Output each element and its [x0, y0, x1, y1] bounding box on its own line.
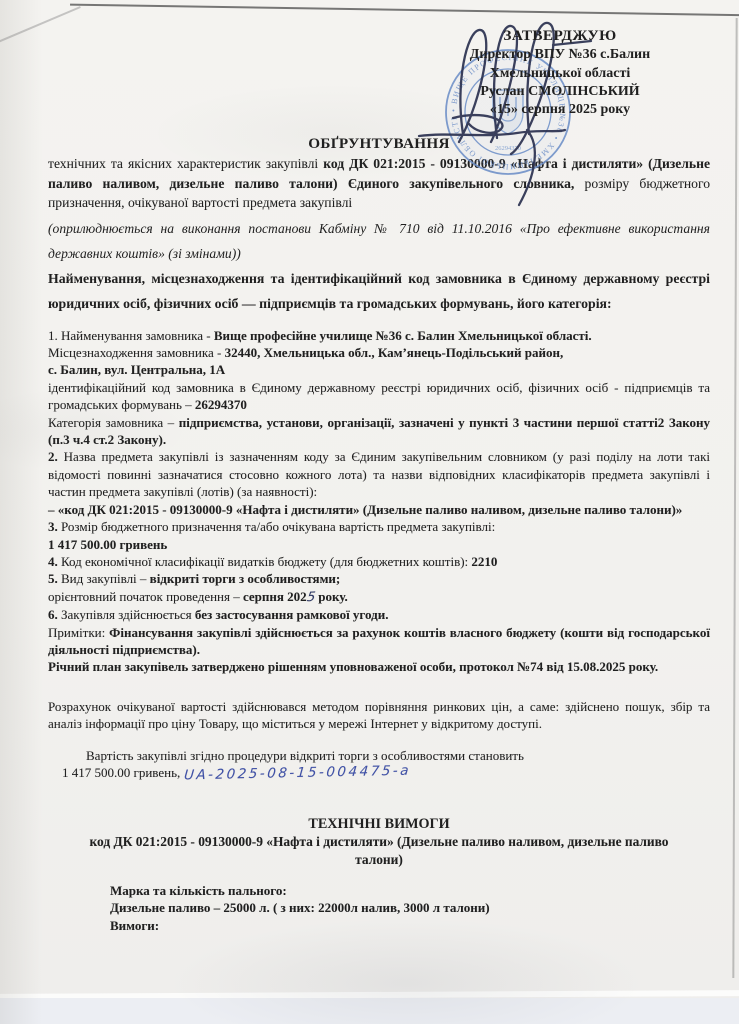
- cost-amount: 1 417 500.00 гривень,: [62, 765, 180, 780]
- scan-edge-right: [732, 18, 737, 978]
- item4-num: 4.: [48, 554, 58, 569]
- item1-name-label: 1. Найменування замовника -: [48, 328, 214, 343]
- item1-edrpou-value: 26294370: [195, 397, 247, 412]
- item1-location-line2: с. Балин, вул. Центральна, 1А: [48, 361, 710, 378]
- item4-text: 4. Код економічної класифікації видатків…: [48, 553, 710, 570]
- item6-bold: без застосування рамкової угоди.: [195, 607, 389, 622]
- item1-name-value: Вище професійне училище №36 с. Балин Хме…: [214, 328, 592, 343]
- approval-director: Директор ВПУ №36 с.Балин: [410, 46, 710, 64]
- item3-value: 1 417 500.00 гривень: [48, 536, 710, 553]
- item5-start-tail: року.: [315, 589, 348, 604]
- item1-location-value: 32440, Хмельницька обл., Кам’янець-Поділ…: [225, 345, 564, 360]
- notes-label: Примітки:: [48, 625, 109, 640]
- approval-date: «15» серпня 2025 року: [410, 101, 710, 119]
- items-block: 1. Найменування замовника - Вище професі…: [48, 327, 710, 676]
- item6-num: 6.: [48, 607, 58, 622]
- annual-plan-line: Річний план закупівель затверджено рішен…: [48, 658, 710, 675]
- item3-body: Розмір бюджетного призначення та/або очі…: [58, 519, 495, 534]
- item2-num: 2.: [48, 449, 58, 464]
- item3-num: 3.: [48, 519, 58, 534]
- scanned-page: • ВИЩЕ ПРОФЕСІЙНЕ УЧИЛИЩЕ №36 • ХМЕЛЬНИЦ…: [0, 0, 739, 1024]
- notes-bold: Фінансування закупівлі здійснюється за р…: [48, 625, 710, 657]
- cost-line2: 1 417 500.00 гривень, UA-2025-08-15-0044…: [48, 764, 710, 782]
- scanner-background: [0, 998, 739, 1024]
- item6-text: 6. Закупівля здійснюється без застосуван…: [48, 606, 710, 623]
- fuel-heading: Марка та кількість пального:: [110, 882, 710, 899]
- item3-text: 3. Розмір бюджетного призначення та/або …: [48, 518, 710, 535]
- tech-subtitle: код ДК 021:2015 - 09130000-9 «Нафта і ди…: [81, 833, 677, 869]
- item5-num: 5.: [48, 571, 58, 586]
- item5-start-label: орієнтовний початок проведення –: [48, 589, 243, 604]
- item1-edrpou-line: ідентифікаційний код замовника в Єдиному…: [48, 379, 710, 414]
- item5-text: 5. Вид закупівлі – відкриті торги з особ…: [48, 570, 710, 587]
- item1-edrpou-label: ідентифікаційний код замовника в Єдиному…: [48, 380, 710, 412]
- item2-text: 2. Назва предмета закупівлі із зазначенн…: [48, 448, 710, 500]
- item2-body: Назва предмета закупівлі із зазначенням …: [48, 449, 710, 499]
- handwritten-tender-id: UA-2025-08-15-004475-a: [183, 762, 411, 785]
- item4-body: Код економічної класифікації видатків бю…: [58, 554, 472, 569]
- item1-name-line: 1. Найменування замовника - Вище професі…: [48, 327, 710, 344]
- item1-category-label: Категорія замовника –: [48, 415, 179, 430]
- document-title: ОБҐРУНТУВАННЯ: [48, 135, 710, 153]
- tech-title: ТЕХНІЧНІ ВИМОГИ: [48, 816, 710, 833]
- handwritten-year-digit: 5: [306, 589, 317, 607]
- approval-region: Хмельницької області: [410, 65, 710, 83]
- item1-category-line: Категорія замовника – підприємства, уста…: [48, 414, 710, 449]
- customer-heading: Найменування, місцезнаходження та іденти…: [48, 267, 710, 317]
- item5-start-line: орієнтовний початок проведення – серпня …: [48, 588, 710, 606]
- fuel-block: Марка та кількість пального: Дизельне па…: [48, 882, 710, 934]
- approval-block: ЗАТВЕРДЖУЮ Директор ВПУ №36 с.Балин Хмел…: [410, 26, 710, 120]
- calculation-paragraph: Розрахунок очікуваної вартості здійснюва…: [48, 698, 710, 733]
- item5-label: Вид закупівлі –: [58, 571, 150, 586]
- item1-location-label: Місцезнаходження замовника -: [48, 345, 225, 360]
- fuel-requirements-label: Вимоги:: [110, 917, 710, 934]
- fuel-quantity: Дизельне паливо – 25000 л. ( з них: 2200…: [110, 899, 710, 916]
- approval-name: Руслан СМОЛІНСЬКИЙ: [410, 83, 710, 101]
- intro-pre: технічних та якісних характеристик закуп…: [48, 156, 323, 171]
- item5-value: відкриті торги з особливостями;: [150, 571, 341, 586]
- item4-value: 2210: [471, 554, 497, 569]
- item2-bullet: – «код ДК 021:2015 - 09130000-9 «Нафта і…: [48, 501, 710, 518]
- item5-start-bold: серпня 202: [243, 589, 307, 604]
- approval-label: ЗАТВЕРДЖУЮ: [410, 26, 710, 46]
- item6-pre: Закупівля здійснюється: [58, 607, 195, 622]
- item1-location-line: Місцезнаходження замовника - 32440, Хмел…: [48, 344, 710, 361]
- notes-line: Примітки: Фінансування закупівлі здійсню…: [48, 624, 710, 659]
